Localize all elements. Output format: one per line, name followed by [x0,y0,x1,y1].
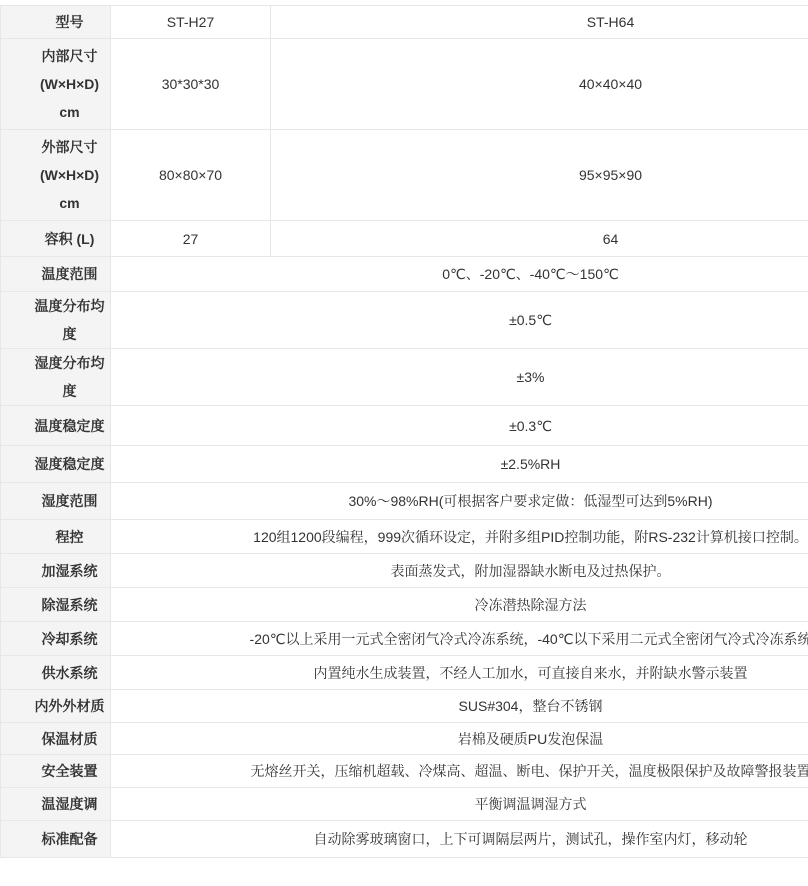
spec-value-material: SUS#304，整台不锈钢 [111,690,808,723]
spec-row-temp-stability: 温度稳定度 ±0.3℃ [1,406,808,446]
spec-row-model: 型号 ST-H27 ST-H64 [1,6,808,39]
spec-value-outer-dimensions-1: 80×80×70 [111,130,271,221]
spec-value-inner-dimensions-1: 30*30*30 [111,39,271,130]
spec-value-standard-equipment: 自动除雾玻璃窗口，上下可调隔层两片，测试孔，操作室内灯，移动轮 [111,821,808,858]
spec-label-temp-uniformity: 温度分布均 度 [1,292,111,349]
spec-row-insulation-material: 保温材质 岩棉及硬质PU发泡保温 [1,723,808,755]
spec-value-dehumidifying-system: 冷冻潜热除湿方法 [111,588,808,622]
spec-row-humidity-range: 湿度范围 30%～98%RH(可根据客户要求定做：低湿型可达到5%RH) [1,483,808,520]
table-viewport: 型号 ST-H27 ST-H64 内部尺寸 (W×H×D) cm 30*30*3… [0,0,808,886]
spec-value-temp-range: 0℃、-20℃、-40℃～150℃ [111,257,808,292]
spec-value-model-2: ST-H64 [271,6,808,39]
spec-label-temp-stability: 温度稳定度 [1,406,111,446]
spec-value-insulation-material: 岩棉及硬质PU发泡保温 [111,723,808,755]
spec-value-humidity-uniformity: ±3% [111,349,808,406]
spec-row-humidity-stability: 湿度稳定度 ±2.5%RH [1,446,808,483]
spec-label-volume: 容积 (L) [1,221,111,257]
spec-label-humidifying-system: 加湿系统 [1,554,111,588]
spec-label-program-control: 程控 [1,520,111,554]
spec-value-temp-stability: ±0.3℃ [111,406,808,446]
spec-value-program-control: 120组1200段编程，999次循环设定，并附多组PID控制功能，附RS-232… [111,520,808,554]
spec-row-safety-devices: 安全装置 无熔丝开关，压缩机超载、冷煤高、超温、断电、保护开关，温度极限保护及故… [1,755,808,788]
spec-row-humidity-uniformity: 湿度分布均 度 ±3% [1,349,808,406]
spec-row-water-supply-system: 供水系统 内置纯水生成装置，不经人工加水，可直接自来水，并附缺水警示装置 [1,656,808,690]
spec-row-cooling-system: 冷却系统 -20℃以上采用一元式全密闭气冷式冷冻系统，-40℃以下采用二元式全密… [1,622,808,656]
spec-row-inner-dimensions: 内部尺寸 (W×H×D) cm 30*30*30 40×40×40 [1,39,808,130]
spec-label-water-supply-system: 供水系统 [1,656,111,690]
spec-row-humidifying-system: 加湿系统 表面蒸发式，附加湿器缺水断电及过热保护。 [1,554,808,588]
spec-value-volume-2: 64 [271,221,808,257]
spec-row-material: 内外外材质 SUS#304，整台不锈钢 [1,690,808,723]
spec-label-safety-devices: 安全装置 [1,755,111,788]
spec-label-dehumidifying-system: 除湿系统 [1,588,111,622]
spec-label-material: 内外外材质 [1,690,111,723]
spec-label-temp-humidity-control: 温湿度调 [1,788,111,821]
spec-label-cooling-system: 冷却系统 [1,622,111,656]
product-spec-table: 型号 ST-H27 ST-H64 内部尺寸 (W×H×D) cm 30*30*3… [0,5,808,858]
spec-value-temp-humidity-control: 平衡调温调湿方式 [111,788,808,821]
spec-label-standard-equipment: 标准配备 [1,821,111,858]
spec-row-dehumidifying-system: 除湿系统 冷冻潜热除湿方法 [1,588,808,622]
spec-label-humidity-range: 湿度范围 [1,483,111,520]
spec-row-program-control: 程控 120组1200段编程，999次循环设定，并附多组PID控制功能，附RS-… [1,520,808,554]
spec-row-outer-dimensions: 外部尺寸 (W×H×D) cm 80×80×70 95×95×90 [1,130,808,221]
spec-value-safety-devices: 无熔丝开关，压缩机超载、冷煤高、超温、断电、保护开关，温度极限保护及故障警报装置 [111,755,808,788]
spec-row-volume: 容积 (L) 27 64 [1,221,808,257]
spec-label-outer-dimensions: 外部尺寸 (W×H×D) cm [1,130,111,221]
page: { "colors": { "label_cell_bg": "#f4f4f4"… [0,0,808,886]
spec-label-insulation-material: 保温材质 [1,723,111,755]
spec-label-inner-dimensions: 内部尺寸 (W×H×D) cm [1,39,111,130]
spec-value-model-1: ST-H27 [111,6,271,39]
spec-label-temp-range: 温度范围 [1,257,111,292]
spec-value-humidity-range: 30%～98%RH(可根据客户要求定做：低湿型可达到5%RH) [111,483,808,520]
spec-value-humidifying-system: 表面蒸发式，附加湿器缺水断电及过热保护。 [111,554,808,588]
spec-row-temp-range: 温度范围 0℃、-20℃、-40℃～150℃ [1,257,808,292]
spec-value-cooling-system: -20℃以上采用一元式全密闭气冷式冷冻系统，-40℃以下采用二元式全密闭气冷式冷… [111,622,808,656]
spec-value-temp-uniformity: ±0.5℃ [111,292,808,349]
spec-row-standard-equipment: 标准配备 自动除雾玻璃窗口，上下可调隔层两片，测试孔，操作室内灯，移动轮 [1,821,808,858]
spec-value-humidity-stability: ±2.5%RH [111,446,808,483]
spec-row-temp-humidity-control: 温湿度调 平衡调温调湿方式 [1,788,808,821]
spec-label-model: 型号 [1,6,111,39]
spec-value-inner-dimensions-2: 40×40×40 [271,39,808,130]
spec-label-humidity-uniformity: 湿度分布均 度 [1,349,111,406]
spec-row-temp-uniformity: 温度分布均 度 ±0.5℃ [1,292,808,349]
spec-value-volume-1: 27 [111,221,271,257]
spec-value-outer-dimensions-2: 95×95×90 [271,130,808,221]
spec-label-humidity-stability: 湿度稳定度 [1,446,111,483]
spec-value-water-supply-system: 内置纯水生成装置，不经人工加水，可直接自来水，并附缺水警示装置 [111,656,808,690]
